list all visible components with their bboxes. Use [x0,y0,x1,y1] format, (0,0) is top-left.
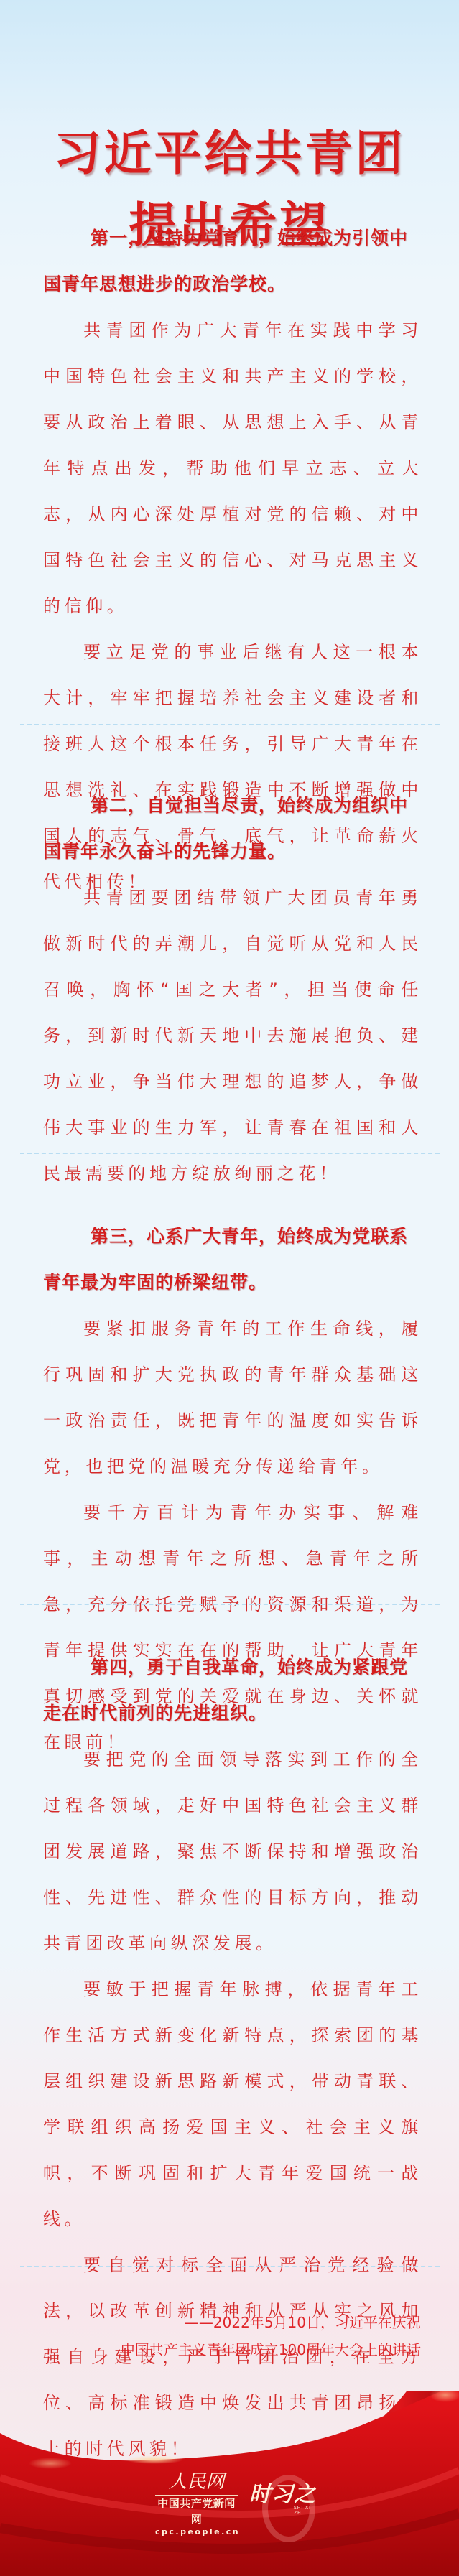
section-paragraph: 共青团要团结带领广大团员青年勇做新时代的弄潮儿，自觉听从党和人民召唤，胸怀“国之… [43,875,422,1196]
attribution-line-1: ——2022年5月10日，习近平在庆祝 [121,2309,421,2336]
people-daily-logo: 人民网 中国共产党新闻网 cpc.people.cn [155,2470,238,2537]
section-paragraph: 共青团作为广大青年在实践中学习中国特色社会主义和共产主义的学校，要从政治上着眼、… [43,307,422,629]
logo-calligraphy: 人民网 [155,2470,238,2496]
section-divider [20,1153,440,1154]
section-divider [20,2266,440,2267]
section-heading: 第三，心系广大青年，始终成为党联系青年最为牢固的桥梁纽带。 [43,1214,422,1306]
shixizhi-logo: 时习之 SHI XI ZHI [248,2470,320,2535]
section-paragraph: 要把党的全面领导落实到工作的全过程各领域，走好中国特色社会主义群团发展道路，聚焦… [43,1736,422,1966]
logo-pinyin: SHI XI ZHI [294,2506,320,2516]
section-2: 第二，自觉担当尽责，始终成为组织中国青年永久奋斗的先锋力量。 共青团要团结带领广… [43,783,422,1196]
logo-url: cpc.people.cn [155,2527,238,2537]
section-paragraph: 要紧扣服务青年的工作生命线，履行巩固和扩大党执政的青年群众基础这一政治责任，既把… [43,1306,422,1489]
title-line-1: 习近平给共青团 [0,118,459,190]
logo-name: 中国共产党新闻网 [155,2496,238,2527]
section-heading: 第一，坚持为党育人，始终成为引领中国青年思想进步的政治学校。 [43,215,422,307]
section-divider [20,1604,440,1605]
logo-name: 时习之 [249,2476,316,2508]
quote-attribution: ——2022年5月10日，习近平在庆祝 中国共产主义青年团成立100周年大会上的… [121,2309,421,2363]
section-paragraph: 要敏于把握青年脉搏，依据青年工作生活方式新变化新特点，探索团的基层组织建设新思路… [43,1966,422,2242]
section-heading: 第四，勇于自我革命，始终成为紧跟党走在时代前列的先进组织。 [43,1645,422,1736]
poster: 习近平给共青团 提出希望 第一，坚持为党育人，始终成为引领中国青年思想进步的政治… [0,0,459,2576]
section-heading: 第二，自觉担当尽责，始终成为组织中国青年永久奋斗的先锋力量。 [43,783,422,875]
section-divider [20,724,440,725]
attribution-line-2: 中国共产主义青年团成立100周年大会上的讲话 [121,2336,421,2363]
